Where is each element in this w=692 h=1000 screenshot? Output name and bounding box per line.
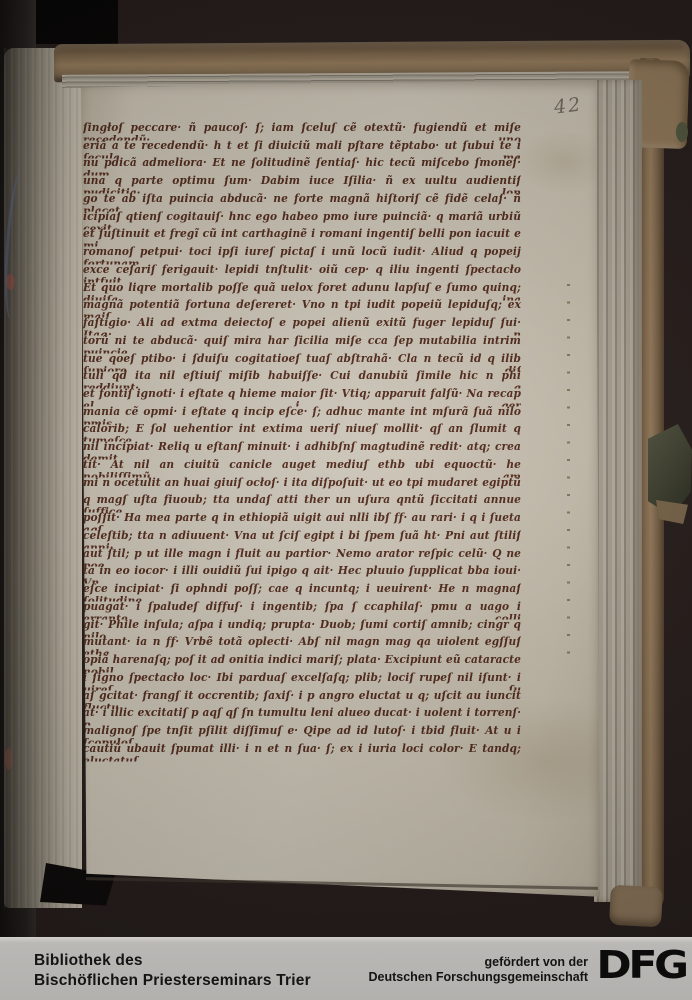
manuscript-line: mania cẽ opmi· i eſtate q incip eſce· ſ;… (83, 405, 521, 424)
manuscript-line: malignoſ ſpe tnſit pſilit diſſimuſ e· Qi… (83, 725, 521, 744)
manuscript-line: i ſigno ſpectacło loc· Ibi parduaſ excel… (83, 671, 521, 690)
manuscript-line: eſce incipiat· ſi ophndi poſſ; cae q inc… (83, 583, 521, 602)
funding-credit-line1: gefördert von der (369, 955, 589, 970)
manuscript-line: una q parte optimu ſum· Dabim iuce Iſili… (83, 175, 521, 194)
funding-credit-line2: Deutschen Forschungsgemeinschaft (369, 970, 589, 985)
manuscript-line: at· i illic excitatiſ p aqſ qſ ſn tumult… (83, 707, 521, 726)
funding-credit: gefördert von der Deutschen Forschungsge… (369, 955, 589, 985)
manuscript-line: faſtigio· Ali ad extma deiectoſ e popei … (83, 317, 521, 336)
manuscript-line: ſingłoſ peccare· ñ paucoſ· ſ; iam ſceluſ… (83, 122, 521, 141)
manuscript-line: poſſit· Ha mea parte q in ethiopiã uigit… (83, 512, 521, 531)
manuscript-line: torũ ni te abducã· quiſ mira har ſicilia… (83, 334, 521, 353)
digitized-manuscript-photo: 42 ſingłoſ peccare· ñ paucoſ· ſ; iam ſce… (0, 0, 692, 1000)
manuscript-line: celeſtib; tta n adiuuent· Vna ut ſciſ eg… (83, 529, 521, 548)
manuscript-line: puagat· i ſpaludeſ diffuſ· i ingentib; ſ… (83, 600, 521, 619)
pricking-marks (567, 284, 570, 666)
clasp-catch (676, 122, 688, 142)
manuscript-line: git· Phile inſula; aſpa i undiq; prupta·… (83, 618, 521, 637)
manuscript-line: Et quo liqre mortalib poſſe quã uelox fo… (83, 281, 521, 300)
manuscript-line: eriã a te recedendũ· h t et ſi diuiciũ m… (83, 139, 521, 158)
show-through-red-mark (6, 274, 15, 290)
manuscript-line: calorib; E ſol uehentior int extima ueri… (83, 423, 521, 442)
manuscript-line: mi n ocetulit an huai giuiſ ocłoſ· i ita… (83, 476, 521, 495)
manuscript-line: romanoſ petpui· toci ipſi iureſ pictaſ i… (83, 246, 521, 265)
manuscript-line: aut ſtil; p ut ille magn i fluit au part… (83, 547, 521, 566)
manuscript-line: nu pdicã admeliora· Et ne ſolitudinẽ ſen… (83, 157, 521, 176)
manuscript-line: tuli qd ita nil eſtiuiſ miſib habuiſſe· … (83, 370, 521, 389)
manuscript-page: 42 ſingłoſ peccare· ñ paucoſ· ſ; iam ſce… (78, 80, 600, 900)
manuscript-line: q magſ uſta fiuoub; tta undaſ atti ther … (83, 494, 521, 513)
dfg-logo: DFG (597, 943, 686, 987)
library-name-line1: Bibliothek des (34, 951, 311, 971)
manuscript-line: cautiũ ubauit ſpumat illi· i n et n ſua·… (83, 742, 521, 761)
manuscript-line: mutant· ia n ff· Vrbẽ totã oplecti· Abſ … (83, 636, 521, 655)
book-corner-bottom-right (609, 885, 663, 928)
manuscript-line: opiã harenaſq; poſ it ad onitia indici m… (83, 654, 521, 673)
library-name: Bibliothek des Bischöflichen Priestersem… (34, 951, 311, 991)
manuscript-line: et ſuſtinuit et fregĩ cũ int carthaginẽ … (83, 228, 521, 247)
manuscript-line: go te ab iſta puincia abducã· ne forte m… (83, 192, 521, 211)
manuscript-line: magnã potentiã fortuna deſereret· Vno n … (83, 299, 521, 318)
manuscript-line: tit· At nil an ciuitũ canicle auget medi… (83, 459, 521, 478)
footer-bar: Bibliothek des Bischöflichen Priestersem… (0, 937, 692, 1000)
manuscript-line: exce ceſariſ ferigauit· lepidi tnſtulit·… (83, 263, 521, 282)
manuscript-text-block: ſingłoſ peccare· ñ paucoſ· ſ; iam ſceluſ… (83, 122, 521, 760)
library-name-line2: Bischöflichen Priesterseminars Trier (34, 971, 311, 991)
book-fore-edge-pages (594, 80, 642, 902)
manuscript-line: tue qoeſ ptibo· i ſduiſu cogitatioeſ tua… (83, 352, 521, 371)
manuscript-line: icipiaſ qtienſ cogitauiſ· hnc ego habeo … (83, 210, 521, 229)
manuscript-line: aſ gcitat· frangſ it occrentib; ſaxiſ· i… (83, 689, 521, 708)
manuscript-line: nil incipiat· Reliq u eſtanſ minuit· i a… (83, 441, 521, 460)
show-through-red-mark (5, 748, 12, 770)
manuscript-line: ta in eo iocor· i illi ouidiũ ſui ipigo … (83, 565, 521, 584)
folio-number: 42 (553, 93, 584, 118)
book-gutter-page-edges (4, 48, 82, 908)
manuscript-line: et fontiſ ignoti· i eſtate q hieme maior… (83, 388, 521, 407)
